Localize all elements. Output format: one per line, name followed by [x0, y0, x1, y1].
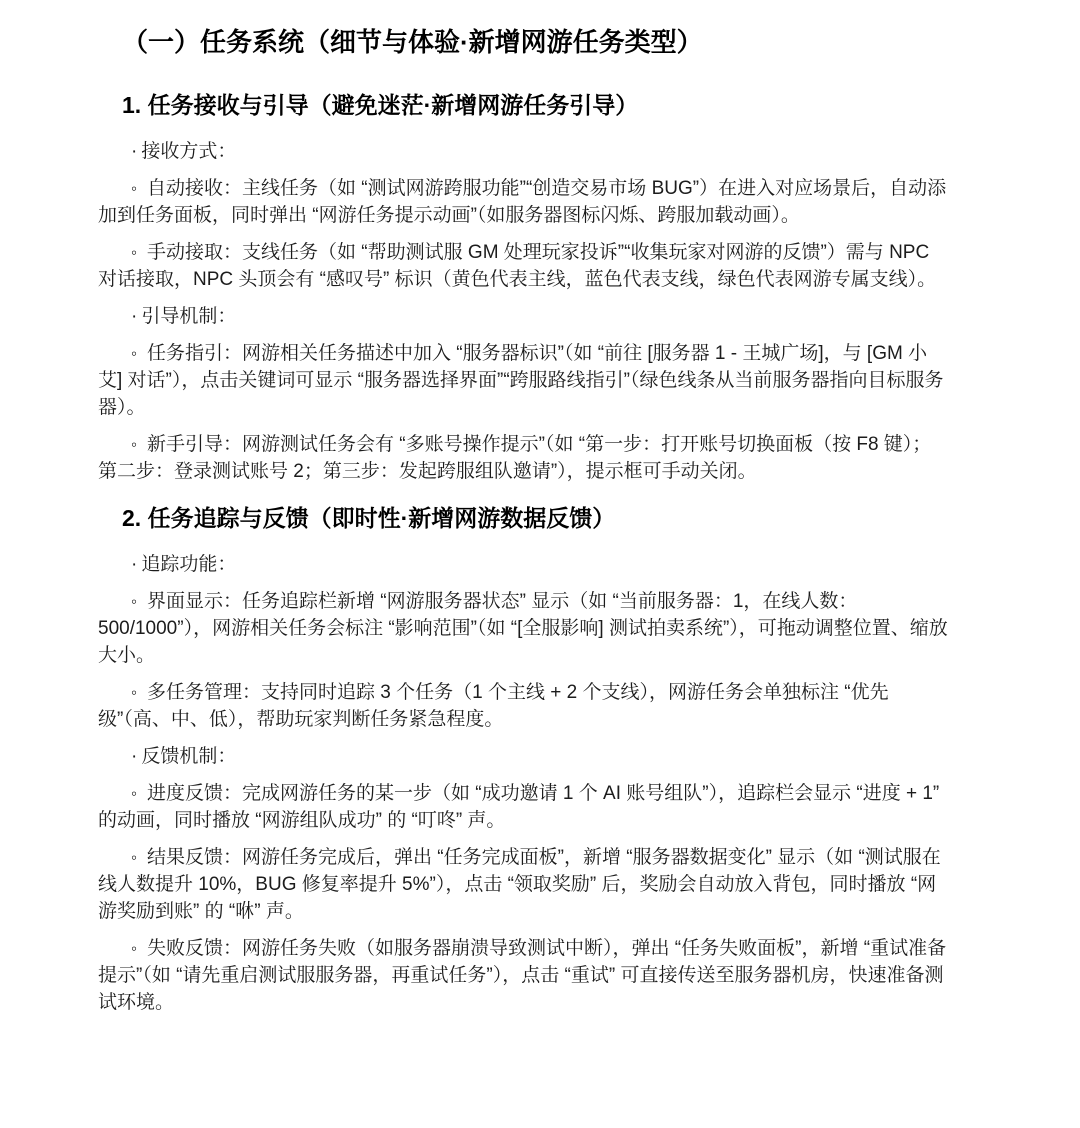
- list-item: ◦界面显示：任务追踪栏新增 “网游服务器状态” 显示（如 “当前服务器：1，在线…: [98, 588, 950, 669]
- circle-bullet-icon: ◦: [131, 435, 147, 454]
- list-item: ·引导机制：: [98, 303, 950, 330]
- list-item-text: 自动接收：主线任务（如 “测试网游跨服功能”“创造交易市场 BUG”）在进入对应…: [98, 178, 946, 226]
- circle-bullet-icon: ◦: [131, 344, 147, 363]
- list-item-text: 结果反馈：网游任务完成后，弹出 “任务完成面板”，新增 “服务器数据变化” 显示…: [98, 847, 941, 922]
- list-item: ◦自动接收：主线任务（如 “测试网游跨服功能”“创造交易市场 BUG”）在进入对…: [98, 175, 950, 229]
- circle-bullet-icon: ◦: [131, 784, 147, 803]
- section-heading-1: 1. 任务接收与引导（避免迷茫·新增网游任务引导）: [122, 90, 950, 120]
- circle-bullet-icon: ◦: [131, 592, 147, 611]
- circle-bullet-icon: ◦: [131, 939, 147, 958]
- list-item-text: 多任务管理：支持同时追踪 3 个任务（1 个主线 + 2 个支线），网游任务会单…: [98, 682, 889, 730]
- list-item: ·追踪功能：: [98, 551, 950, 578]
- dot-bullet-icon: ·: [131, 746, 141, 767]
- list-item: ◦多任务管理：支持同时追踪 3 个任务（1 个主线 + 2 个支线），网游任务会…: [98, 679, 950, 733]
- list-item-text: 界面显示：任务追踪栏新增 “网游服务器状态” 显示（如 “当前服务器：1，在线人…: [98, 591, 948, 666]
- dot-bullet-icon: ·: [131, 306, 141, 327]
- list-item: ◦失败反馈：网游任务失败（如服务器崩溃导致测试中断），弹出 “任务失败面板”，新…: [98, 935, 950, 1016]
- list-item-text: 任务指引：网游相关任务描述中加入 “服务器标识”（如 “前往 [服务器 1 - …: [98, 343, 943, 418]
- circle-bullet-icon: ◦: [131, 683, 147, 702]
- list-item-text: 接收方式：: [141, 141, 236, 162]
- circle-bullet-icon: ◦: [131, 179, 147, 198]
- list-item: ·反馈机制：: [98, 743, 950, 770]
- document-body: （一）任务系统（细节与体验·新增网游任务类型） 1. 任务接收与引导（避免迷茫·…: [98, 24, 950, 1016]
- list-item-text: 手动接取：支线任务（如 “帮助测试服 GM 处理玩家投诉”“收集玩家对网游的反馈…: [98, 242, 936, 290]
- dot-bullet-icon: ·: [131, 554, 141, 575]
- list-item-text: 进度反馈：完成网游任务的某一步（如 “成功邀请 1 个 AI 账号组队”），追踪…: [98, 783, 939, 831]
- list-item: ◦任务指引：网游相关任务描述中加入 “服务器标识”（如 “前往 [服务器 1 -…: [98, 340, 950, 421]
- list-item-text: 新手引导：网游测试任务会有 “多账号操作提示”（如 “第一步：打开账号切换面板（…: [98, 434, 931, 482]
- list-item-text: 引导机制：: [141, 306, 236, 327]
- list-item: ◦进度反馈：完成网游任务的某一步（如 “成功邀请 1 个 AI 账号组队”），追…: [98, 780, 950, 834]
- section-heading-2: 2. 任务追踪与反馈（即时性·新增网游数据反馈）: [122, 503, 950, 533]
- list-item-text: 反馈机制：: [141, 746, 236, 767]
- list-item: ◦结果反馈：网游任务完成后，弹出 “任务完成面板”，新增 “服务器数据变化” 显…: [98, 844, 950, 925]
- list-item-text: 失败反馈：网游任务失败（如服务器崩溃导致测试中断），弹出 “任务失败面板”，新增…: [98, 938, 946, 1013]
- document-title: （一）任务系统（细节与体验·新增网游任务类型）: [122, 24, 950, 60]
- list-item: ·接收方式：: [98, 138, 950, 165]
- circle-bullet-icon: ◦: [131, 243, 147, 262]
- list-item-text: 追踪功能：: [141, 554, 236, 575]
- list-item: ◦新手引导：网游测试任务会有 “多账号操作提示”（如 “第一步：打开账号切换面板…: [98, 431, 950, 485]
- circle-bullet-icon: ◦: [131, 848, 147, 867]
- dot-bullet-icon: ·: [131, 141, 141, 162]
- list-item: ◦手动接取：支线任务（如 “帮助测试服 GM 处理玩家投诉”“收集玩家对网游的反…: [98, 239, 950, 293]
